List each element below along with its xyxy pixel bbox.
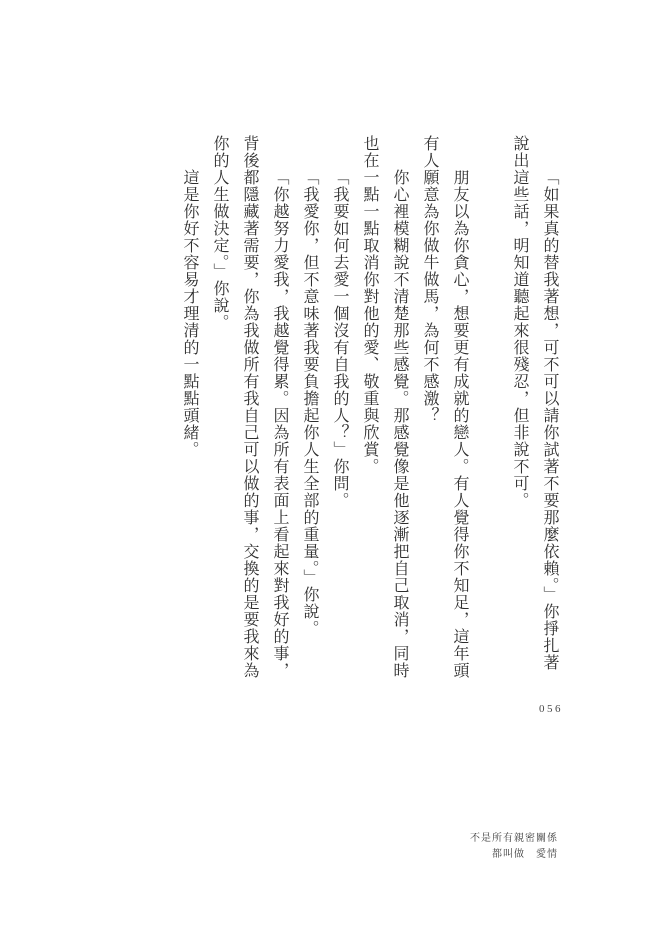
vertical-text-block: 「如果真的替我著想，可不可以請你試著不要那麼依賴。」你掙扎著說出這些話，明知道聽… (174, 135, 564, 679)
paragraph: 「你越努力愛我，我越覺得累。因為所有表面上看起來對我好的事，背後都隱藏著需要，你… (204, 135, 294, 679)
paragraph: 「我愛你，但不意味著我要負擔起你人生全部的重量。」你說。 (294, 135, 324, 679)
paragraph: 這是你好不容易才理清的一點點頭緒。 (174, 135, 204, 679)
footer-title-line-1: 不是所有親密關係 (470, 831, 558, 847)
book-page: 「如果真的替我著想，可不可以請你試著不要那麼依賴。」你掙扎著說出這些話，明知道聽… (0, 0, 663, 932)
paragraph: 「我要如何去愛一個沒有自我的人？」你問。 (324, 135, 354, 679)
paragraph: 朋友以為你貪心，想要更有成就的戀人。有人覺得你不知足，這年頭有人願意為你做牛做馬… (414, 135, 474, 679)
paragraph: 你心裡模糊說不清楚那些感覺。那感覺像是他逐漸把自己取消，同時也在一點一點取消你對… (354, 135, 414, 679)
page-number: 056 (539, 703, 563, 715)
footer-title-line-2: 都叫做 愛情 (470, 847, 558, 863)
footer-book-title: 不是所有親密關係 都叫做 愛情 (470, 831, 558, 863)
paragraph: 「如果真的替我著想，可不可以請你試著不要那麼依賴。」你掙扎著說出這些話，明知道聽… (504, 135, 564, 679)
